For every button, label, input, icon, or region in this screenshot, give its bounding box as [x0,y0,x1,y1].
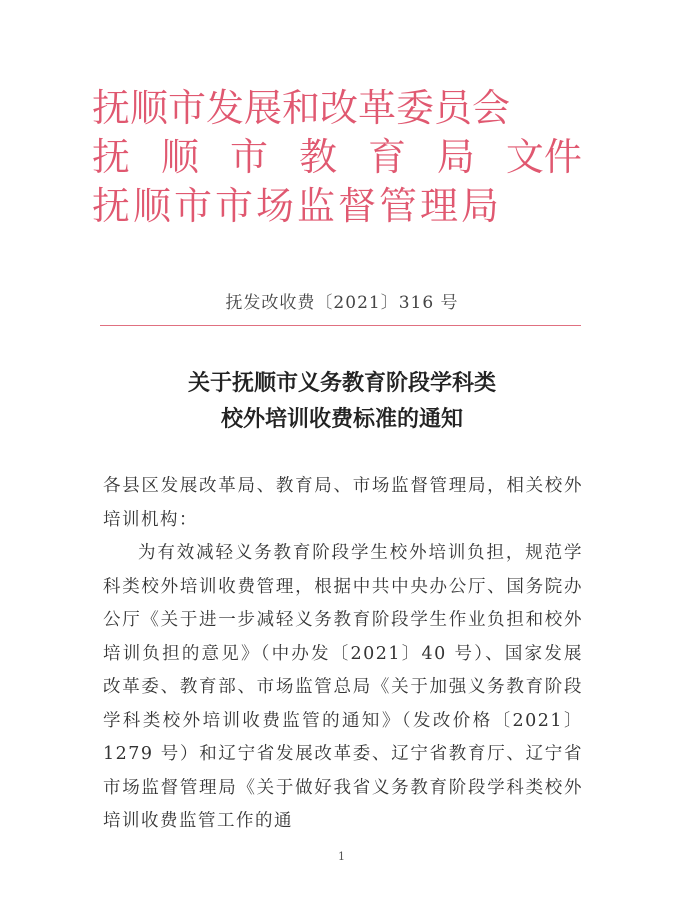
page-number: 1 [338,850,345,863]
org2-char: 抚 [92,137,130,177]
document-number: 抚发改收费〔2021〕316 号 [0,288,684,313]
org2-char: 育 [368,137,406,177]
org2-char: 顺 [161,137,199,177]
org2-char: 市 [230,137,268,177]
addressee: 各县区发展改革局、教育局、市场监督管理局，相关校外培训机构： [103,470,583,537]
issuing-org-drc: 抚顺市发展和改革委员会 [92,88,510,128]
org2-char: 局 [437,137,475,177]
document-title: 关于抚顺市义务教育阶段学科类 校外培训收费标准的通知 [0,366,684,438]
issuing-org-education-bureau: 抚 顺 市 教 育 局 文件 [92,137,582,177]
title-line-2: 校外培训收费标准的通知 [0,402,684,438]
title-line-1: 关于抚顺市义务教育阶段学科类 [0,366,684,402]
document-body: 各县区发展改革局、教育局、市场监督管理局，相关校外培训机构： 为有效减轻义务教育… [103,470,583,839]
org2-char: 文件 [506,137,582,177]
issuing-org-market-supervision: 抚顺市市场监督管理局 [92,186,502,226]
body-paragraph: 为有效减轻义务教育阶段学生校外培训负担，规范学科类校外培训收费管理，根据中共中央… [103,537,583,839]
red-divider-line [100,325,581,326]
org2-char: 教 [299,137,337,177]
